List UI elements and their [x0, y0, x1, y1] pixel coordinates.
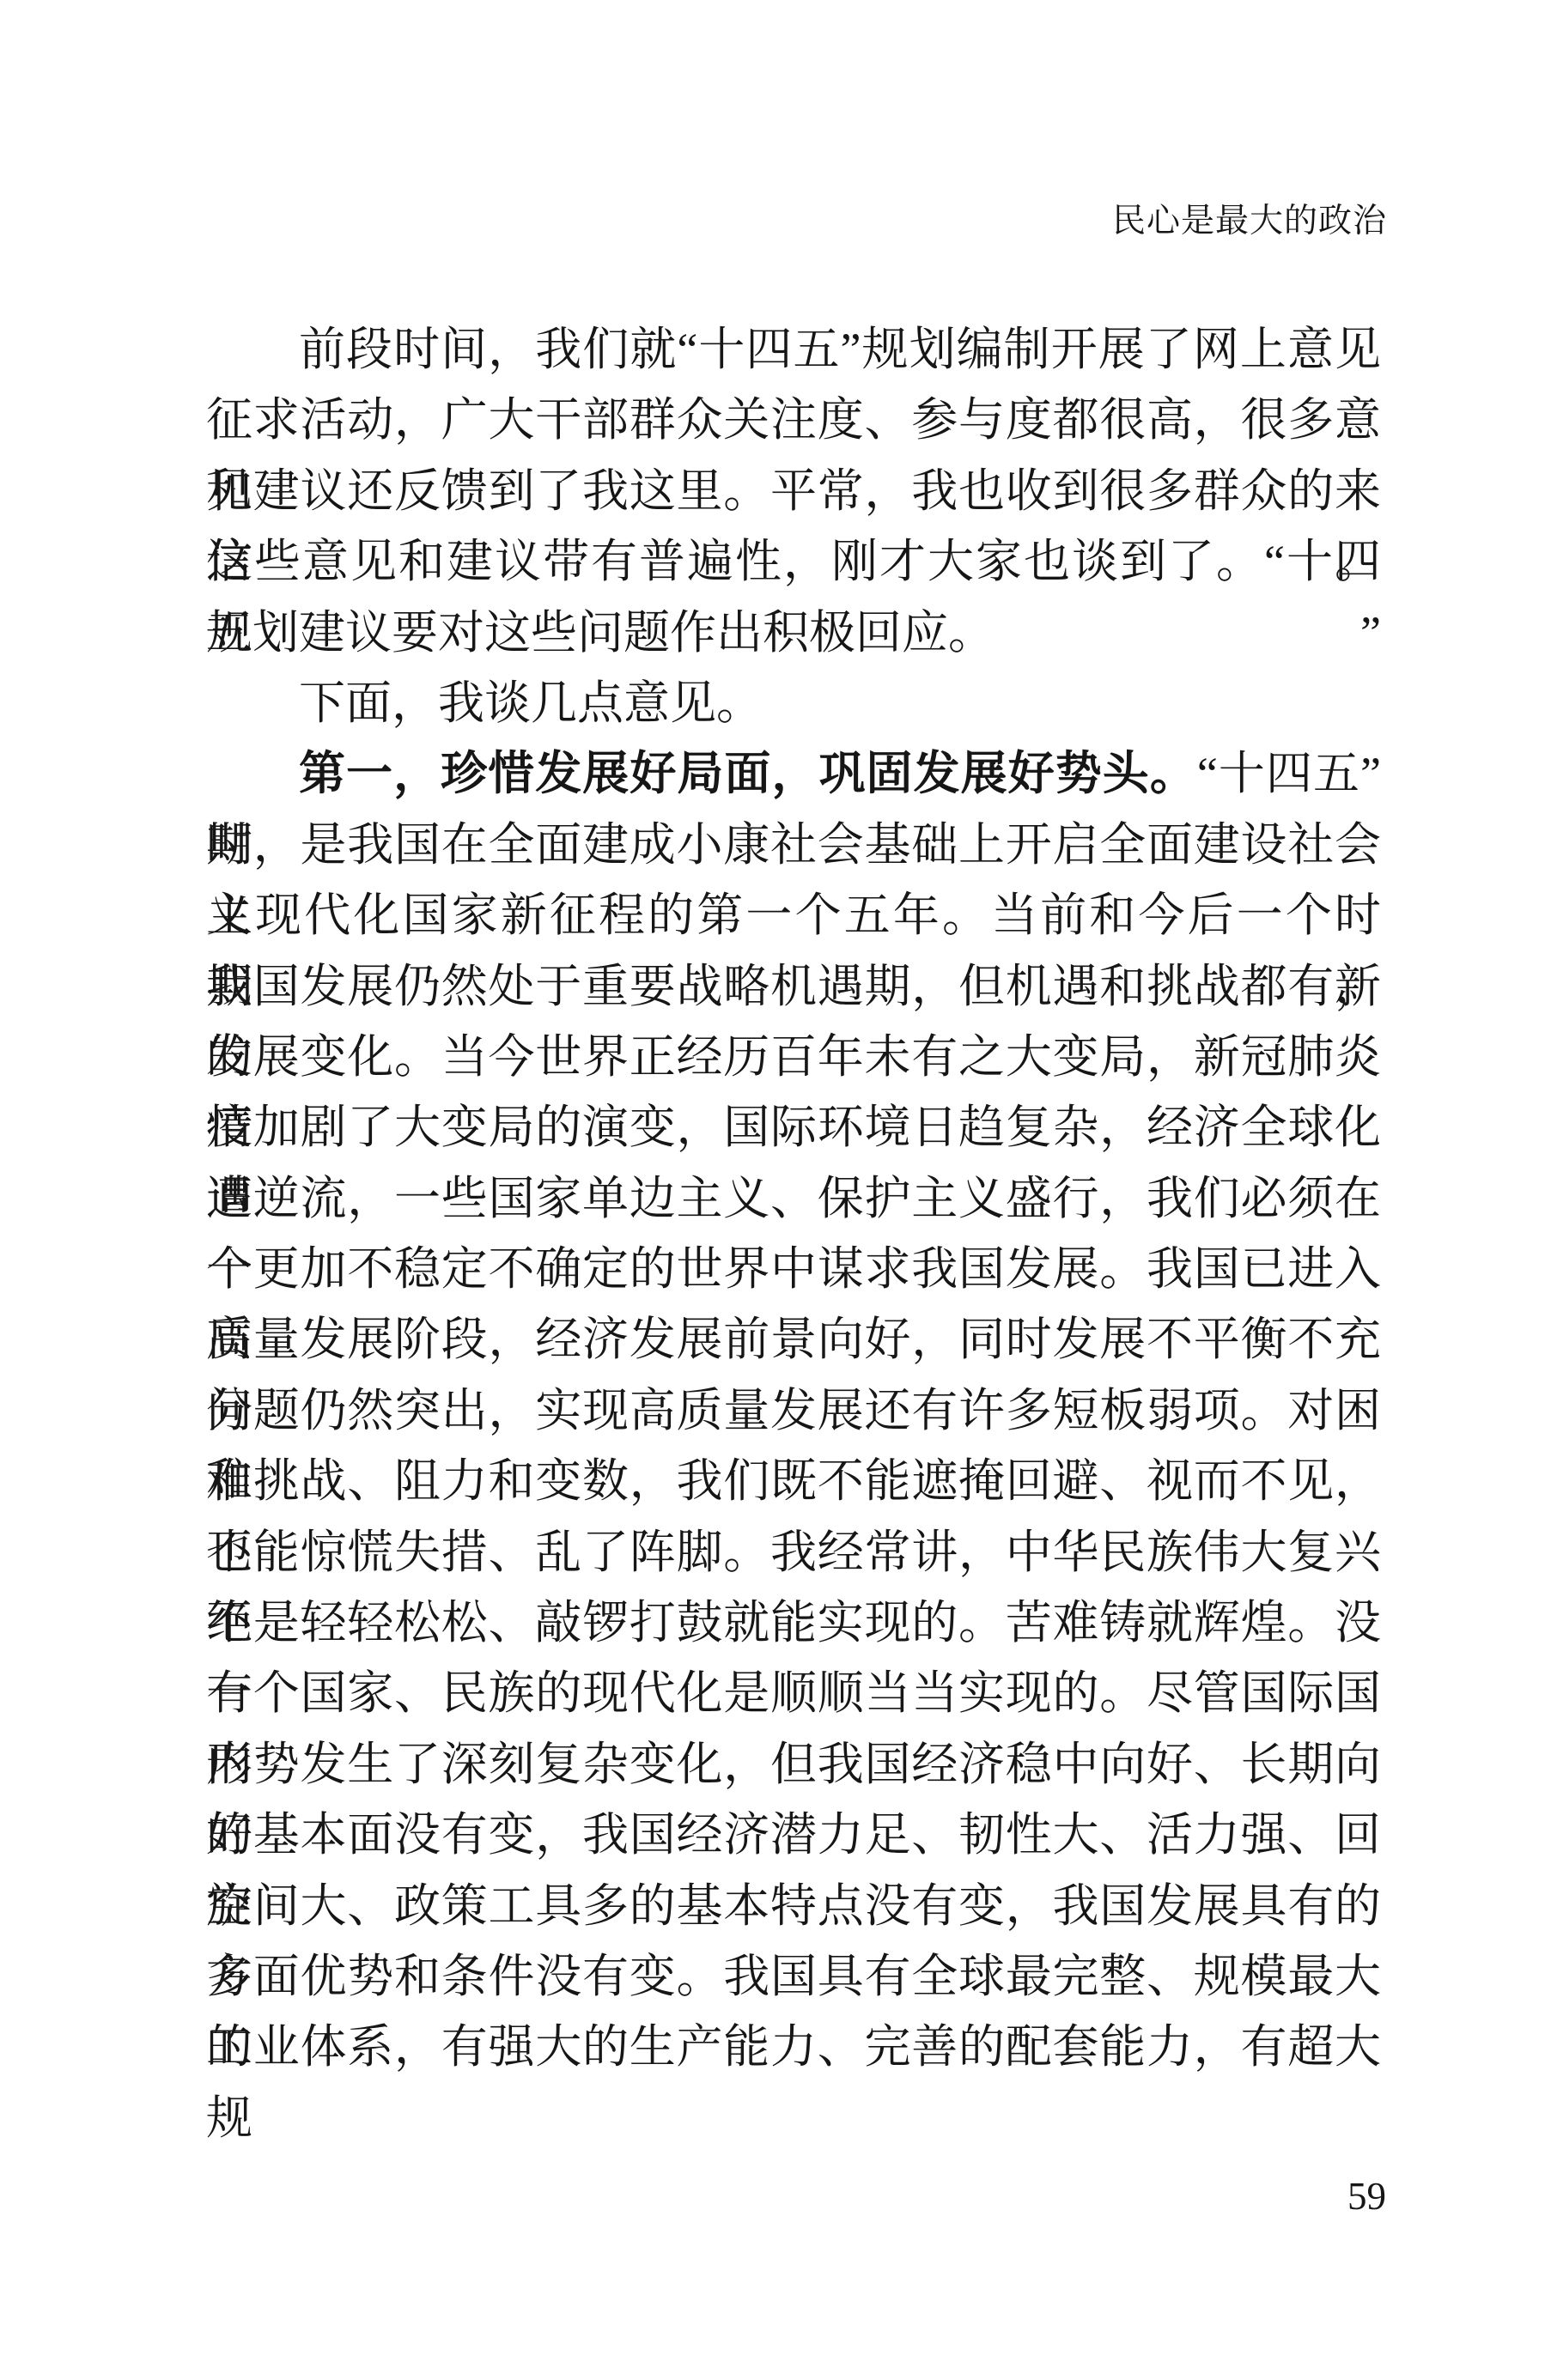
text-line: 情加剧了大变局的演变，国际环境日趋复杂，经济全球化遭 — [206, 1092, 1381, 1163]
text-line: 工业体系，有强大的生产能力、完善的配套能力，有超大规 — [206, 2012, 1381, 2082]
text-line: 义现代化国家新征程的第一个五年。当前和今后一个时期， — [206, 880, 1381, 950]
text-line: 形势发生了深刻复杂变化，但我国经济稳中向好、长期向好 — [206, 1729, 1381, 1800]
emphasis-heading: 第一，珍惜发展好局面，巩固发展好势头。 — [299, 748, 1197, 799]
text-line: 一个国家、民族的现代化是顺顺当当实现的。尽管国际国内 — [206, 1658, 1381, 1728]
page-number: 59 — [1347, 2174, 1386, 2219]
text-line: 不能惊慌失措、乱了阵脚。我经常讲，中华民族伟大复兴绝 — [206, 1517, 1381, 1588]
text-line: 期，是我国在全面建成小康社会基础上开启全面建设社会主 — [206, 810, 1381, 880]
text-line: 的基本面没有变，我国经济潜力足、韧性大、活力强、回旋 — [206, 1800, 1381, 1870]
text-line: 质量发展阶段，经济发展前景向好，同时发展不平衡不充分 — [206, 1304, 1381, 1375]
text-line: 发展变化。当今世界正经历百年未有之大变局，新冠肺炎疫 — [206, 1022, 1381, 1092]
text-line: 征求活动，广大干部群众关注度、参与度都很高，很多意见 — [206, 385, 1381, 455]
text-line: 前段时间，我们就“十四五”规划编制开展了网上意见 — [206, 314, 1381, 385]
text-line: 和挑战、阻力和变数，我们既不能遮掩回避、视而不见，也 — [206, 1446, 1381, 1516]
text-line: 不是轻轻松松、敲锣打鼓就能实现的。苦难铸就辉煌。没有 — [206, 1588, 1381, 1658]
text-line: 方面优势和条件没有变。我国具有全球最完整、规模最大的 — [206, 1941, 1381, 2012]
book-page: 民心是最大的政治 前段时间，我们就“十四五”规划编制开展了网上意见 征求活动，广… — [0, 0, 1545, 2380]
text-line: 第一，珍惜发展好局面，巩固发展好势头。“十四五”时 — [206, 738, 1381, 809]
text-line: 空间大、政策工具多的基本特点没有变，我国发展具有的多 — [206, 1871, 1381, 1941]
text-line: 个更加不稳定不确定的世界中谋求我国发展。我国已进入高 — [206, 1234, 1381, 1304]
text-line: 这些意见和建议带有普遍性，刚才大家也谈到了。“十四五” — [206, 526, 1381, 597]
text-line: 和建议还反馈到了我这里。平常，我也收到很多群众的来信。 — [206, 456, 1381, 526]
text-line: 遇逆流，一些国家单边主义、保护主义盛行，我们必须在一 — [206, 1163, 1381, 1234]
body-text: 前段时间，我们就“十四五”规划编制开展了网上意见 征求活动，广大干部群众关注度、… — [206, 314, 1381, 2083]
text-line: 下面，我谈几点意见。 — [206, 668, 1381, 738]
text-line: 问题仍然突出，实现高质量发展还有许多短板弱项。对困难 — [206, 1375, 1381, 1446]
text-line: 我国发展仍然处于重要战略机遇期，但机遇和挑战都有新的 — [206, 951, 1381, 1022]
running-header: 民心是最大的政治 — [1112, 201, 1387, 242]
